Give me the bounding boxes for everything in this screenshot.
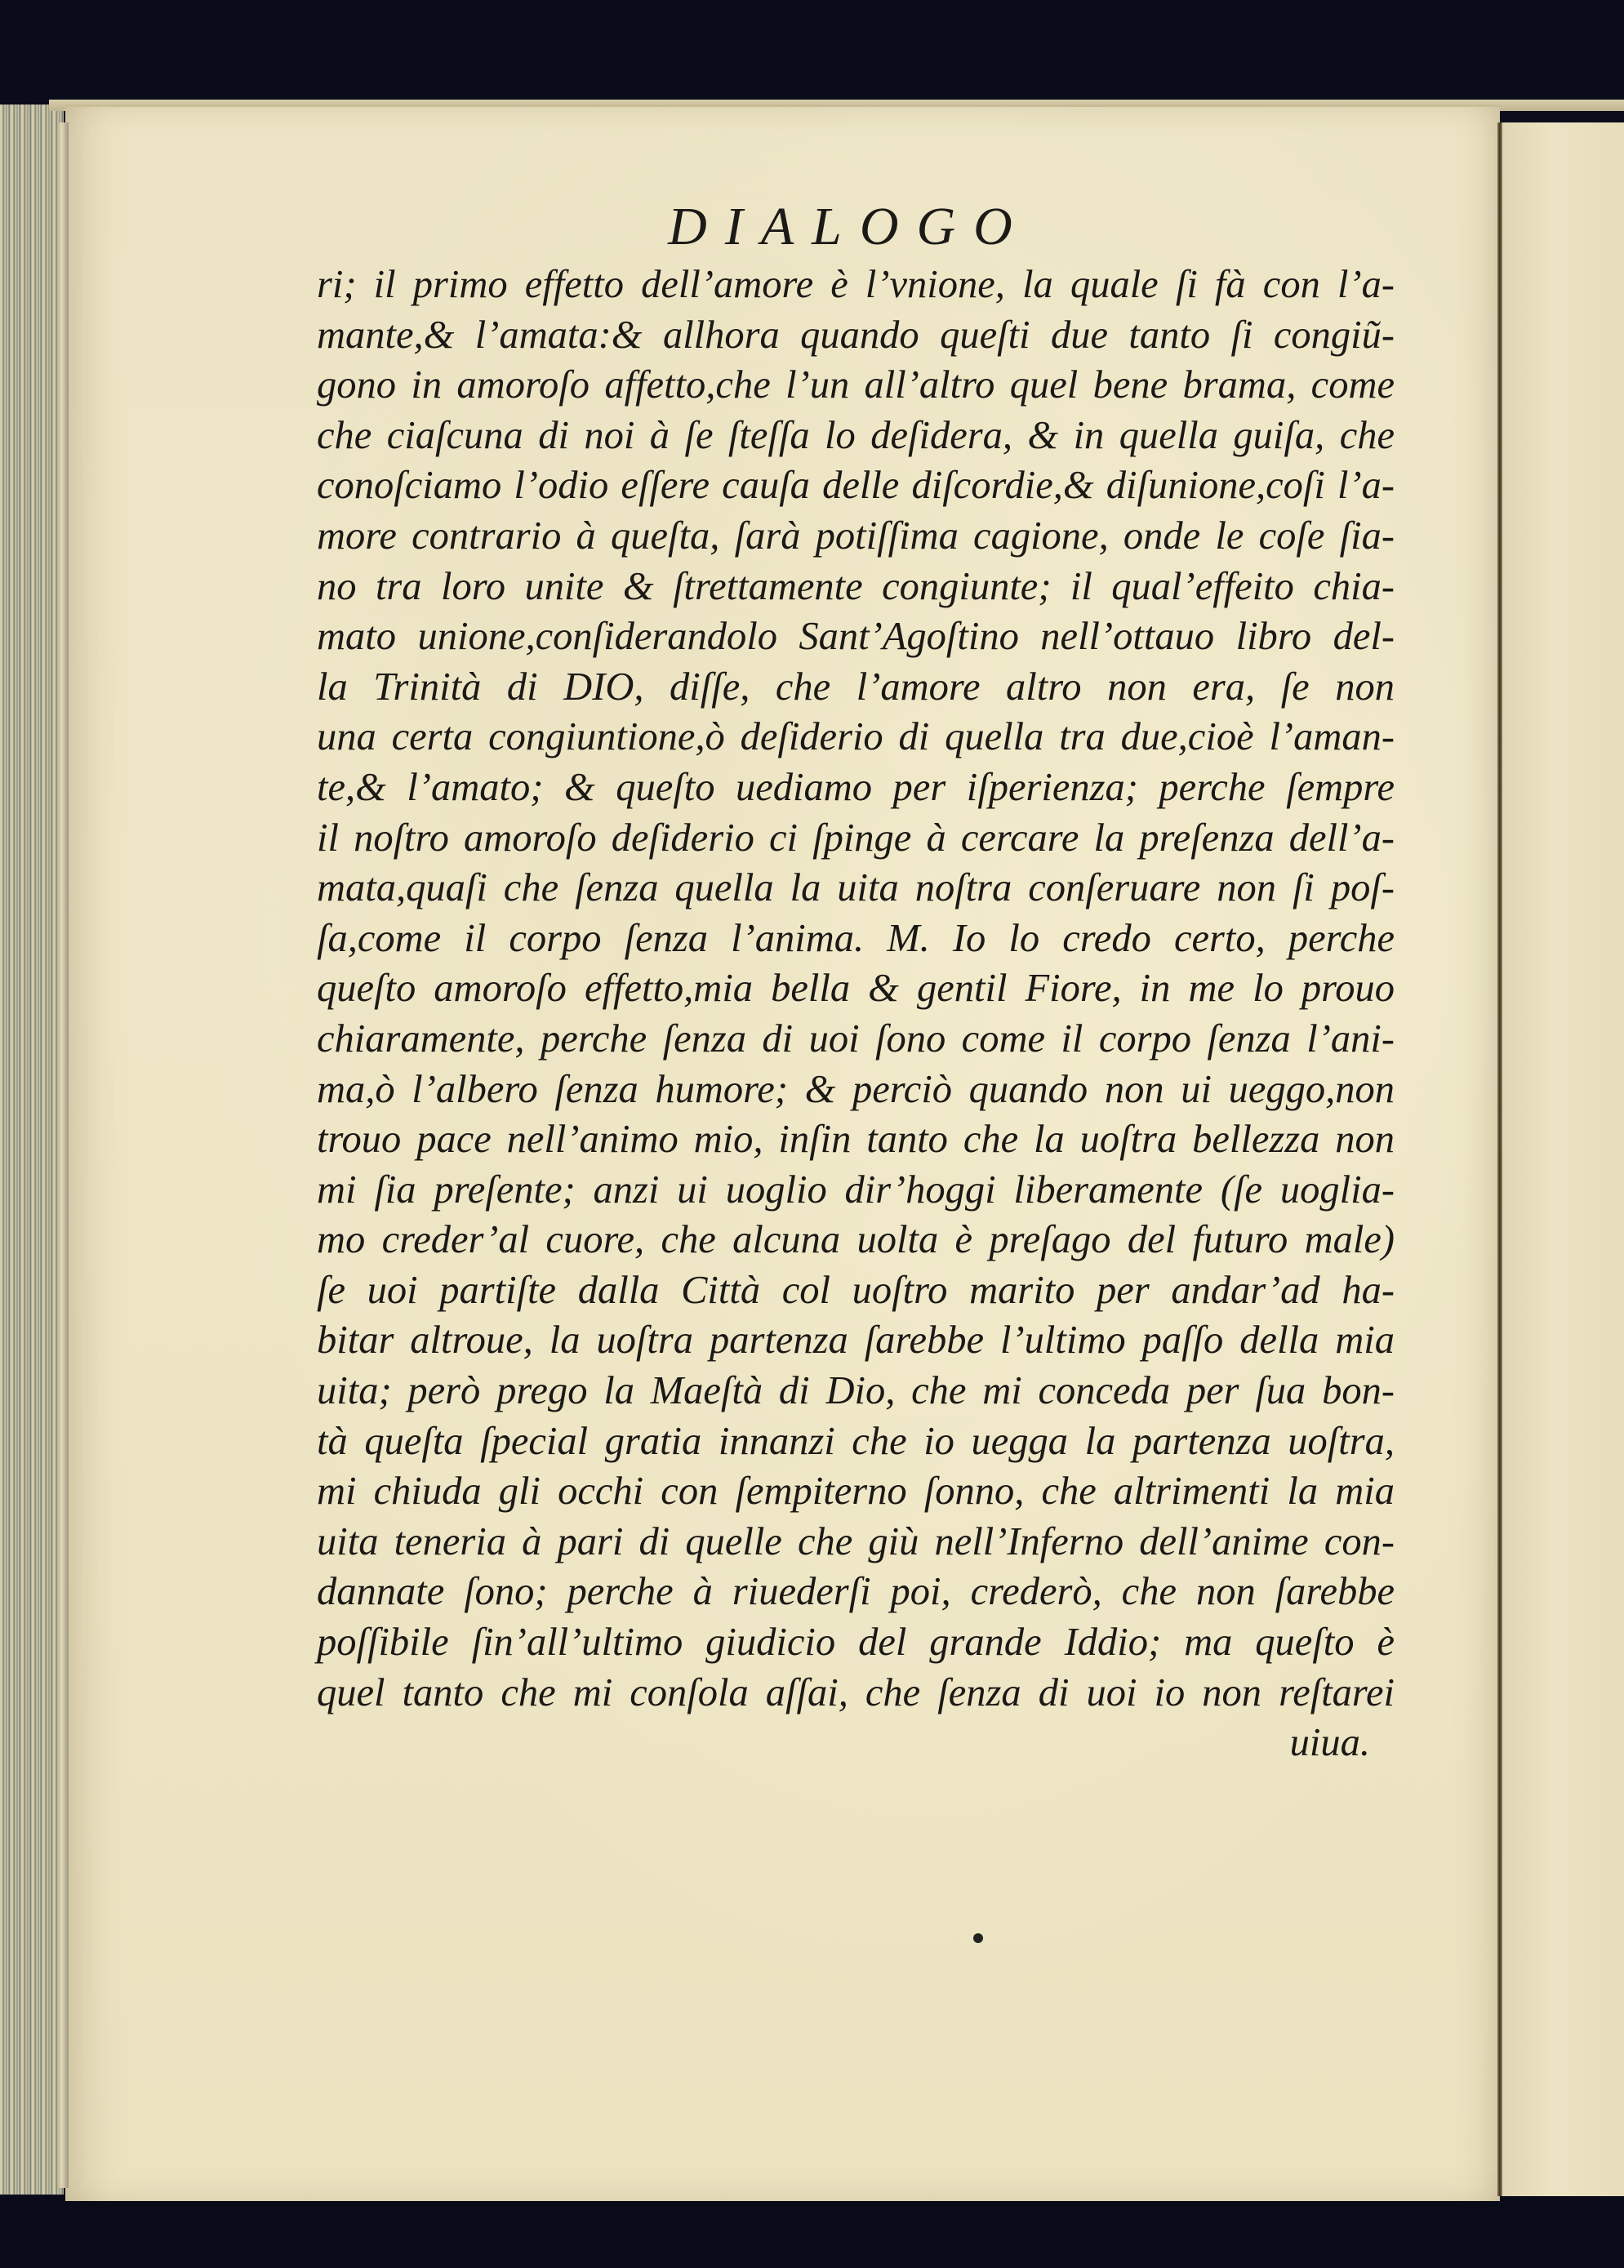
text-line: ſa,come il corpo ſenza l’anima. M. Io lo…	[317, 914, 1395, 964]
text-line: mante,& l’amata:& allhora quando queſti …	[317, 310, 1395, 361]
text-line: la Trinità di DIO, diſſe, che l’amore al…	[317, 662, 1395, 713]
dark-background-bottom	[0, 2196, 1624, 2268]
text-line: te,& l’amato; & queſto uediamo per iſper…	[317, 763, 1395, 813]
text-line: che ciaſcuna di noi à ſe ſteſſa lo deſid…	[317, 411, 1395, 461]
text-line: mi ſia preſente; anzi ui uoglio dir’hogg…	[317, 1165, 1395, 1216]
text-line: dannate ſono; perche à riuederſi poi, cr…	[317, 1567, 1395, 1617]
right-page-edge	[1502, 122, 1624, 2196]
text-line: gono in amoroſo affetto,che l’un all’alt…	[317, 360, 1395, 411]
body-text: ri; il primo effetto dell’amore è l’vnio…	[317, 260, 1395, 1768]
text-line: tà queſta ſpecial gratia innanzi che io …	[317, 1416, 1395, 1467]
closing-word: uiua.	[317, 1718, 1395, 1768]
text-line: more contrario à queſta, ſarà potiſſima …	[317, 511, 1395, 562]
text-line: ri; il primo effetto dell’amore è l’vnio…	[317, 260, 1395, 310]
text-line: mi chiuda gli occhi con ſempiterno ſonno…	[317, 1466, 1395, 1517]
text-line: quel tanto che mi conſola aſſai, che ſen…	[317, 1668, 1395, 1719]
text-line: ſe uoi partiſte dalla Città col uoſtro m…	[317, 1265, 1395, 1316]
text-line: mato unione,conſiderandolo Sant’Agoſtino…	[317, 611, 1395, 662]
text-line: ma,ò l’albero ſenza humore; & perciò qua…	[317, 1065, 1395, 1115]
text-line: uita; però prego la Maeſtà di Dio, che m…	[317, 1366, 1395, 1416]
text-line: uita teneria à pari di quelle che giù ne…	[317, 1517, 1395, 1568]
text-line: trouo pace nell’animo mio, inſin tanto c…	[317, 1114, 1395, 1165]
text-line: il noſtro amoroſo deſiderio ci ſpinge à …	[317, 813, 1395, 864]
running-head: DIALOGO	[637, 196, 1061, 258]
text-line: mata,quaſi che ſenza quella la uita noſt…	[317, 863, 1395, 914]
text-line: bitar altroue, la uoſtra partenza ſarebb…	[317, 1315, 1395, 1366]
text-line: queſto amoroſo effetto,mia bella & genti…	[317, 963, 1395, 1014]
page-stack-border	[57, 122, 69, 2188]
text-line: poſſibile ſin’all’ultimo giudicio del gr…	[317, 1617, 1395, 1668]
ink-dot	[973, 1933, 983, 1943]
dark-background-top	[0, 0, 1624, 106]
text-line: no tra loro unite & ſtrettamente congiun…	[317, 562, 1395, 612]
page-stack-edge	[0, 105, 64, 2195]
text-line: conoſciamo l’odio eſſere cauſa delle diſ…	[317, 460, 1395, 511]
text-line: mo creder’al cuore, che alcuna uolta è p…	[317, 1215, 1395, 1265]
text-line: chiaramente, perche ſenza di uoi ſono co…	[317, 1014, 1395, 1065]
text-line: una certa congiuntione,ò deſiderio di qu…	[317, 712, 1395, 763]
